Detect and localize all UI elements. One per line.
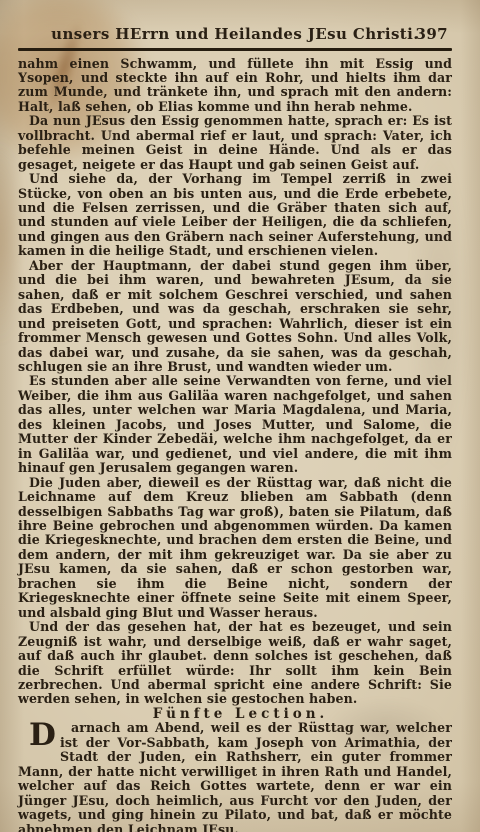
running-head: unsers HErrn und Heilandes JEsu Christi.… <box>18 25 452 43</box>
paragraph: Da nun JEsus den Essig genommen hatte, s… <box>18 114 452 172</box>
paragraph-with-dropcap: D arnach am Abend, weil es der Rüsttag w… <box>18 721 452 832</box>
paragraph-continuation: nahm einen Schwamm, und füllete ihn mit … <box>18 57 452 115</box>
paragraph: Es stunden aber alle seine Verwandten vo… <box>18 374 452 475</box>
running-title: unsers HErrn und Heilandes JEsu Christi. <box>51 25 419 43</box>
page-header: unsers HErrn und Heilandes JEsu Christi.… <box>0 0 480 51</box>
drop-cap-initial: D <box>18 721 60 750</box>
dropcap-paragraph-text: arnach am Abend, weil es der Rüsttag war… <box>18 720 452 832</box>
paragraph: Die Juden aber, dieweil es der Rüsttag w… <box>18 476 452 621</box>
paragraph: Und der das gesehen hat, der hat es beze… <box>18 620 452 707</box>
screenshot-root: { "header": { "running_title": "unsers H… <box>0 0 480 832</box>
paragraph: Aber der Hauptmann, der dabei stund gege… <box>18 259 452 375</box>
book-page-scan: unsers HErrn und Heilandes JEsu Christi.… <box>0 0 480 832</box>
page-body-text: nahm einen Schwamm, und füllete ihn mit … <box>0 51 480 832</box>
page-number: 397 <box>415 25 448 43</box>
paragraph: Und siehe da, der Vorhang im Tempel zerr… <box>18 172 452 259</box>
